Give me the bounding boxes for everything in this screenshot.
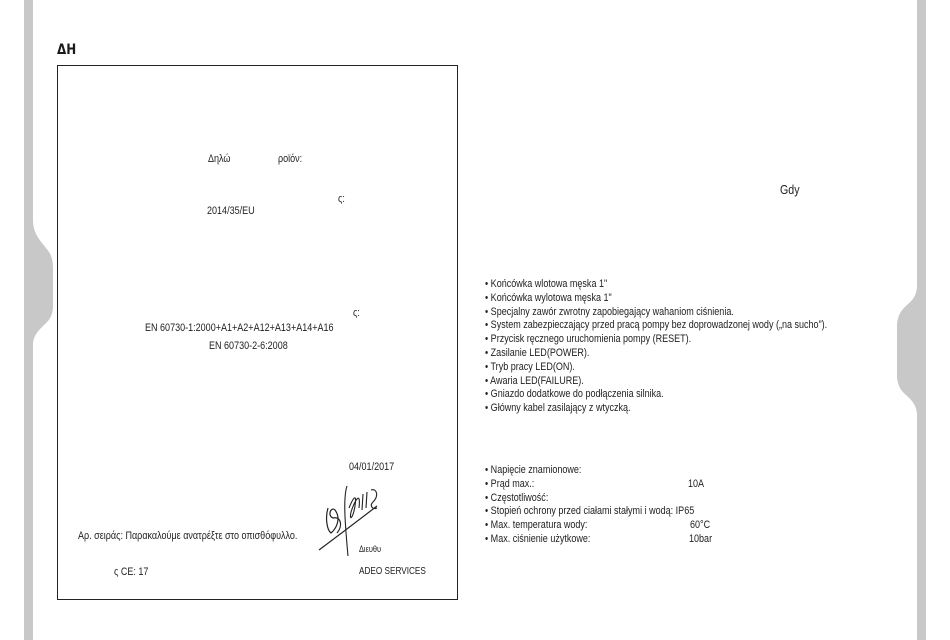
spec-label: Napięcie znamionowe: bbox=[485, 464, 694, 478]
spec-value-current: 10A bbox=[688, 478, 704, 490]
spec-label: Max. ciśnienie użytkowe: bbox=[485, 533, 694, 547]
page-heading: ΔΗ bbox=[57, 42, 76, 58]
company-name: ADEO SERVICES bbox=[359, 566, 426, 577]
standard-1: EN 60730-1:2000+A1+A2+A12+A13+A14+A16 bbox=[145, 322, 334, 334]
product-label: ροϊόν: bbox=[278, 153, 302, 165]
list-item: Główny kabel zasilający z wtyczką. bbox=[485, 402, 827, 416]
list-item: Zasilanie LED(POWER). bbox=[485, 347, 827, 361]
spec-label: Max. temperatura wody: bbox=[485, 519, 694, 533]
feature-list: Końcówka wlotowa męska 1" Końcówka wylot… bbox=[485, 278, 902, 416]
list-item: Końcówka wlotowa męska 1" bbox=[485, 278, 827, 292]
list-item: Gniazdo dodatkowe do podłączenia silnika… bbox=[485, 388, 827, 402]
spec-value-pressure: 10bar bbox=[689, 533, 712, 545]
section-heading-fragment: Gdy bbox=[780, 182, 800, 197]
list-item: Przycisk ręcznego uruchomienia pompy (RE… bbox=[485, 333, 827, 347]
declaration-date: 04/01/2017 bbox=[349, 461, 394, 473]
spec-value-temperature: 60°C bbox=[690, 519, 710, 531]
declare-label: Δηλώ bbox=[208, 153, 230, 165]
spec-label: Prąd max.: bbox=[485, 478, 694, 492]
ce-marking: ς CE: 17 bbox=[114, 566, 148, 578]
spec-label: Stopień ochrony przed ciałami stałymi i … bbox=[485, 505, 694, 519]
list-item: Awaria LED(FAILURE). bbox=[485, 375, 827, 389]
directive-number: 2014/35/EU bbox=[207, 205, 255, 217]
directive-marker: ς: bbox=[338, 193, 345, 205]
serial-note: Αρ. σειράς: Παρακαλούμε ανατρέξτε στο οπ… bbox=[78, 530, 297, 542]
list-item: Tryb pracy LED(ON). bbox=[485, 361, 827, 375]
standard-2: EN 60730-2-6:2008 bbox=[209, 340, 288, 352]
left-page-tab bbox=[24, 220, 56, 350]
list-item: Specjalny zawór zwrotny zapobiegający wa… bbox=[485, 306, 827, 320]
list-item: Końcówka wylotowa męska 1" bbox=[485, 292, 827, 306]
signatory-title: Διευθυ bbox=[359, 544, 381, 554]
list-item: System zabezpieczający przed pracą pompy… bbox=[485, 319, 827, 333]
spec-label: Częstotliwość: bbox=[485, 492, 694, 506]
standards-marker: ς: bbox=[353, 307, 360, 319]
